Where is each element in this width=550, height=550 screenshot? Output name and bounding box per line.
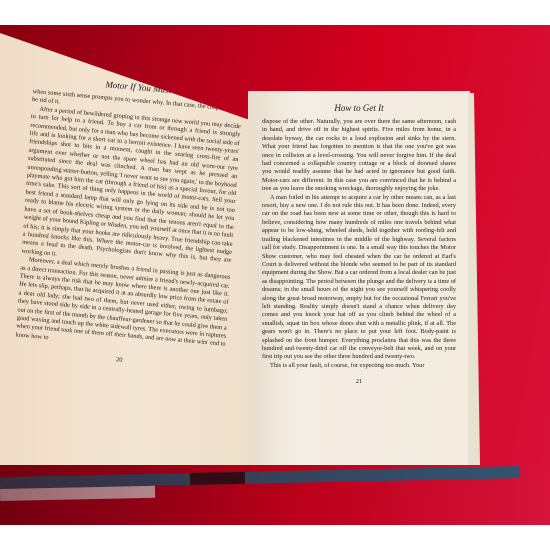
right-page: How to Get It dispose of the other. Natu… bbox=[248, 91, 470, 465]
book-cover-edge bbox=[0, 466, 520, 489]
right-page-number: 21 bbox=[262, 378, 456, 385]
page-stack-edge bbox=[468, 93, 480, 465]
price-label: 10s. 6d. net bbox=[0, 478, 155, 501]
paragraph: A man foiled in his attempt to acquire a… bbox=[262, 194, 456, 362]
left-page-text-block: Motor If You Must when some sixth sense … bbox=[14, 73, 243, 373]
right-page-text-block: How to Get It dispose of the other. Natu… bbox=[262, 103, 456, 385]
paragraph: Moreover, a deal which merely brushes a … bbox=[15, 256, 230, 358]
price-text: 10s. 6d. net bbox=[62, 478, 130, 487]
left-body-text: when some sixth sense prompts you to won… bbox=[15, 88, 242, 358]
cover-shadow bbox=[190, 472, 245, 485]
left-page: Motor If You Must when some sixth sense … bbox=[0, 33, 248, 465]
paragraph: This is all your fault, of course, for e… bbox=[262, 362, 456, 370]
paragraph: After a period of bewildered groping in … bbox=[21, 105, 241, 274]
right-running-head: How to Get It bbox=[262, 103, 456, 113]
right-body-text: dispose of the other. Naturally, you are… bbox=[262, 118, 456, 370]
paragraph: dispose of the other. Naturally, you are… bbox=[262, 118, 456, 194]
photo-scene: 10s. 6d. net Motor If You Must when some… bbox=[0, 25, 550, 525]
